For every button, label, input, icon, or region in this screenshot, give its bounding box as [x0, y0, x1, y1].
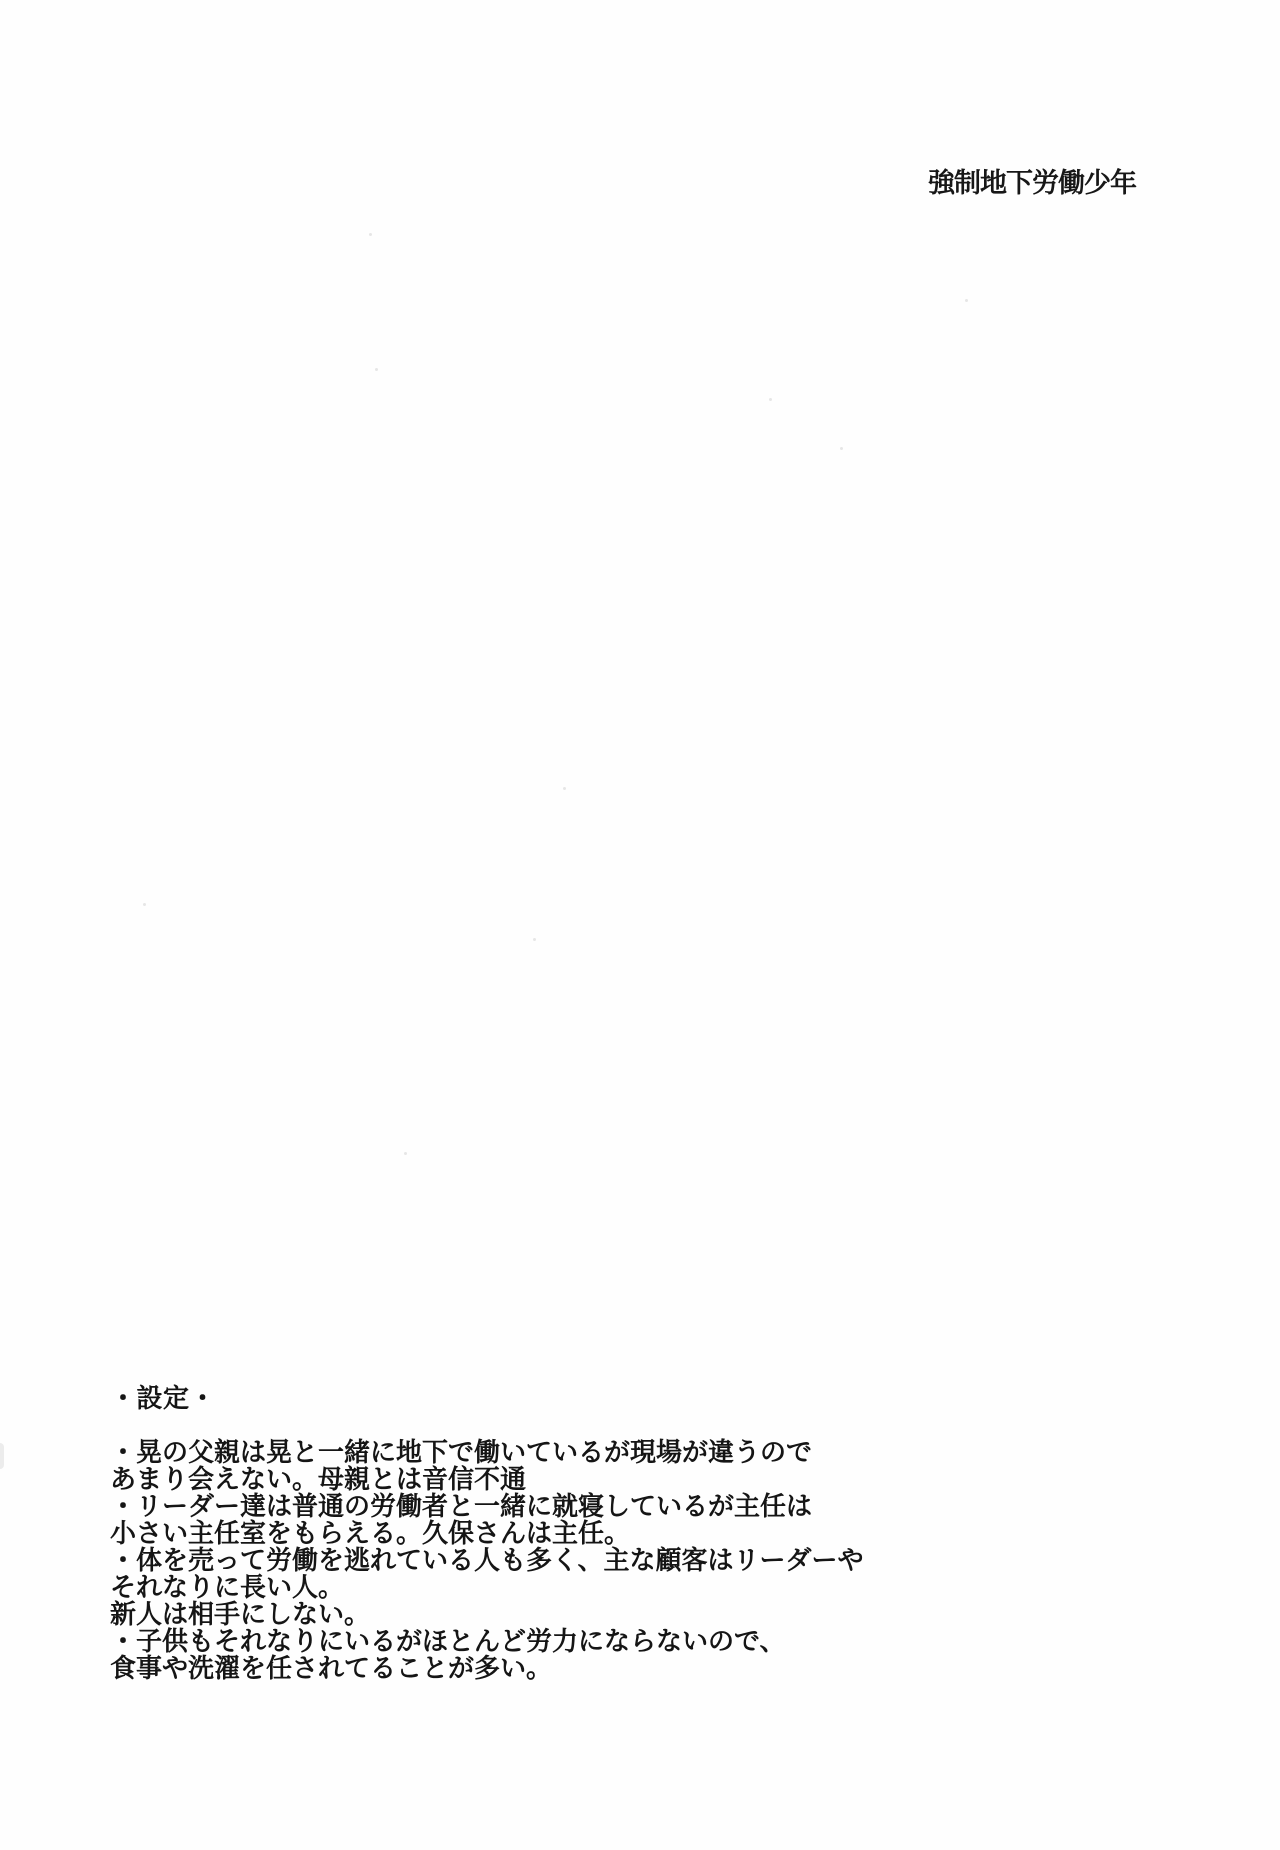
- settings-body-text: ・晃の父親は晃と一緒に地下で働いているが現場が違うので あまり会えない。母親とは…: [110, 1440, 870, 1683]
- scan-speck: [840, 447, 843, 450]
- scan-speck: [769, 398, 772, 401]
- settings-notes-block: ・設定・ ・晃の父親は晃と一緒に地下で働いているが現場が違うので あまり会えない…: [110, 1386, 870, 1683]
- scan-speck: [965, 299, 968, 302]
- scan-speck: [563, 787, 566, 790]
- page-edge-mark: [0, 1443, 4, 1469]
- scanned-page: 強制地下労働少年 ・設定・ ・晃の父親は晃と一緒に地下で働いているが現場が違うの…: [0, 0, 1280, 1850]
- page-title: 強制地下労働少年: [928, 161, 1136, 200]
- scan-speck: [375, 368, 378, 371]
- settings-heading: ・設定・: [110, 1386, 870, 1413]
- scan-speck: [143, 903, 146, 906]
- scan-speck: [369, 233, 372, 236]
- scan-speck: [533, 938, 536, 941]
- scan-speck: [404, 1152, 407, 1155]
